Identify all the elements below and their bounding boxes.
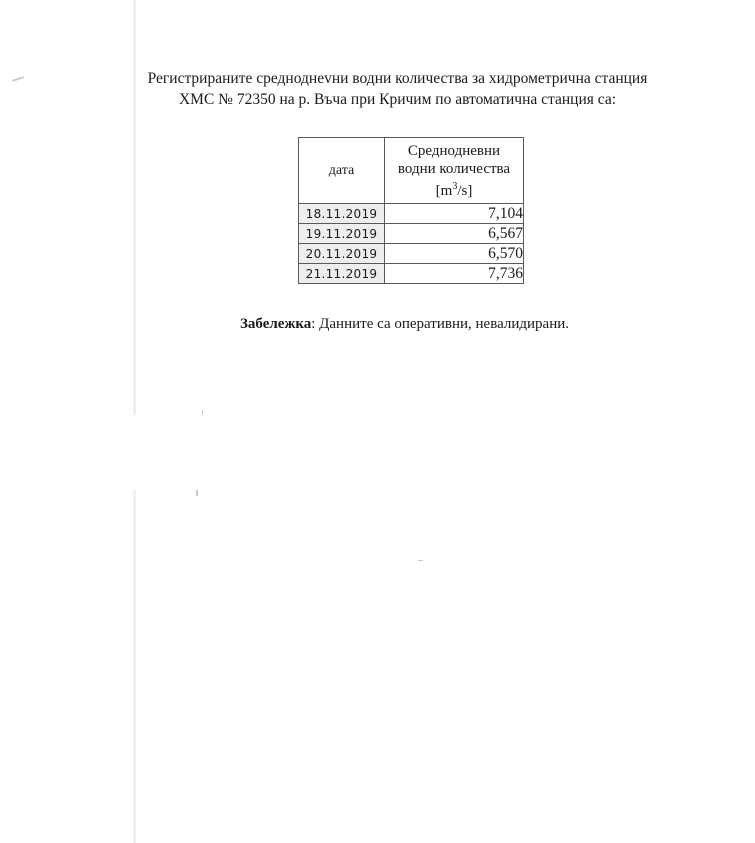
header-value-line-2: водни количества — [385, 160, 523, 178]
value-cell: 7,104 — [385, 204, 524, 224]
value-cell: 6,570 — [385, 244, 524, 264]
intro-line-1: Регистрираните средноднevни водни количе… — [100, 68, 695, 89]
header-value-line-1: Среднодневни — [385, 142, 523, 160]
value-cell: 6,567 — [385, 224, 524, 244]
note-label: Забележка — [240, 316, 311, 332]
scan-artifact — [418, 560, 423, 561]
table-row: 20.11.2019 6,570 — [299, 244, 524, 264]
date-cell: 19.11.2019 — [299, 224, 385, 244]
scan-artifact — [196, 490, 198, 496]
note: Забележка: Данните са оперативни, невали… — [240, 316, 569, 333]
discharge-table: дата Среднодневни водни количества [m3/s… — [298, 137, 524, 284]
date-cell: 18.11.2019 — [299, 204, 385, 224]
intro-paragraph: Регистрираните средноднevни водни количе… — [100, 68, 695, 110]
header-value-unit: [m3/s] — [385, 178, 523, 200]
table-row: 19.11.2019 6,567 — [299, 224, 524, 244]
note-text: : Данните са оперативни, невалидирани. — [311, 316, 569, 332]
date-cell: 21.11.2019 — [299, 264, 385, 284]
value-cell: 7,736 — [385, 264, 524, 284]
header-date: дата — [299, 138, 385, 204]
scan-artifact — [12, 76, 24, 82]
table-header-row: дата Среднодневни водни количества [m3/s… — [299, 138, 524, 204]
intro-line-2: ХМС № 72350 на р. Въча при Кричим по авт… — [100, 89, 695, 110]
table-row: 18.11.2019 7,104 — [299, 204, 524, 224]
scan-artifact — [202, 410, 203, 415]
scan-artifact — [133, 0, 136, 415]
header-value: Среднодневни водни количества [m3/s] — [385, 138, 524, 204]
scan-artifact — [133, 490, 136, 843]
date-cell: 20.11.2019 — [299, 244, 385, 264]
table-row: 21.11.2019 7,736 — [299, 264, 524, 284]
